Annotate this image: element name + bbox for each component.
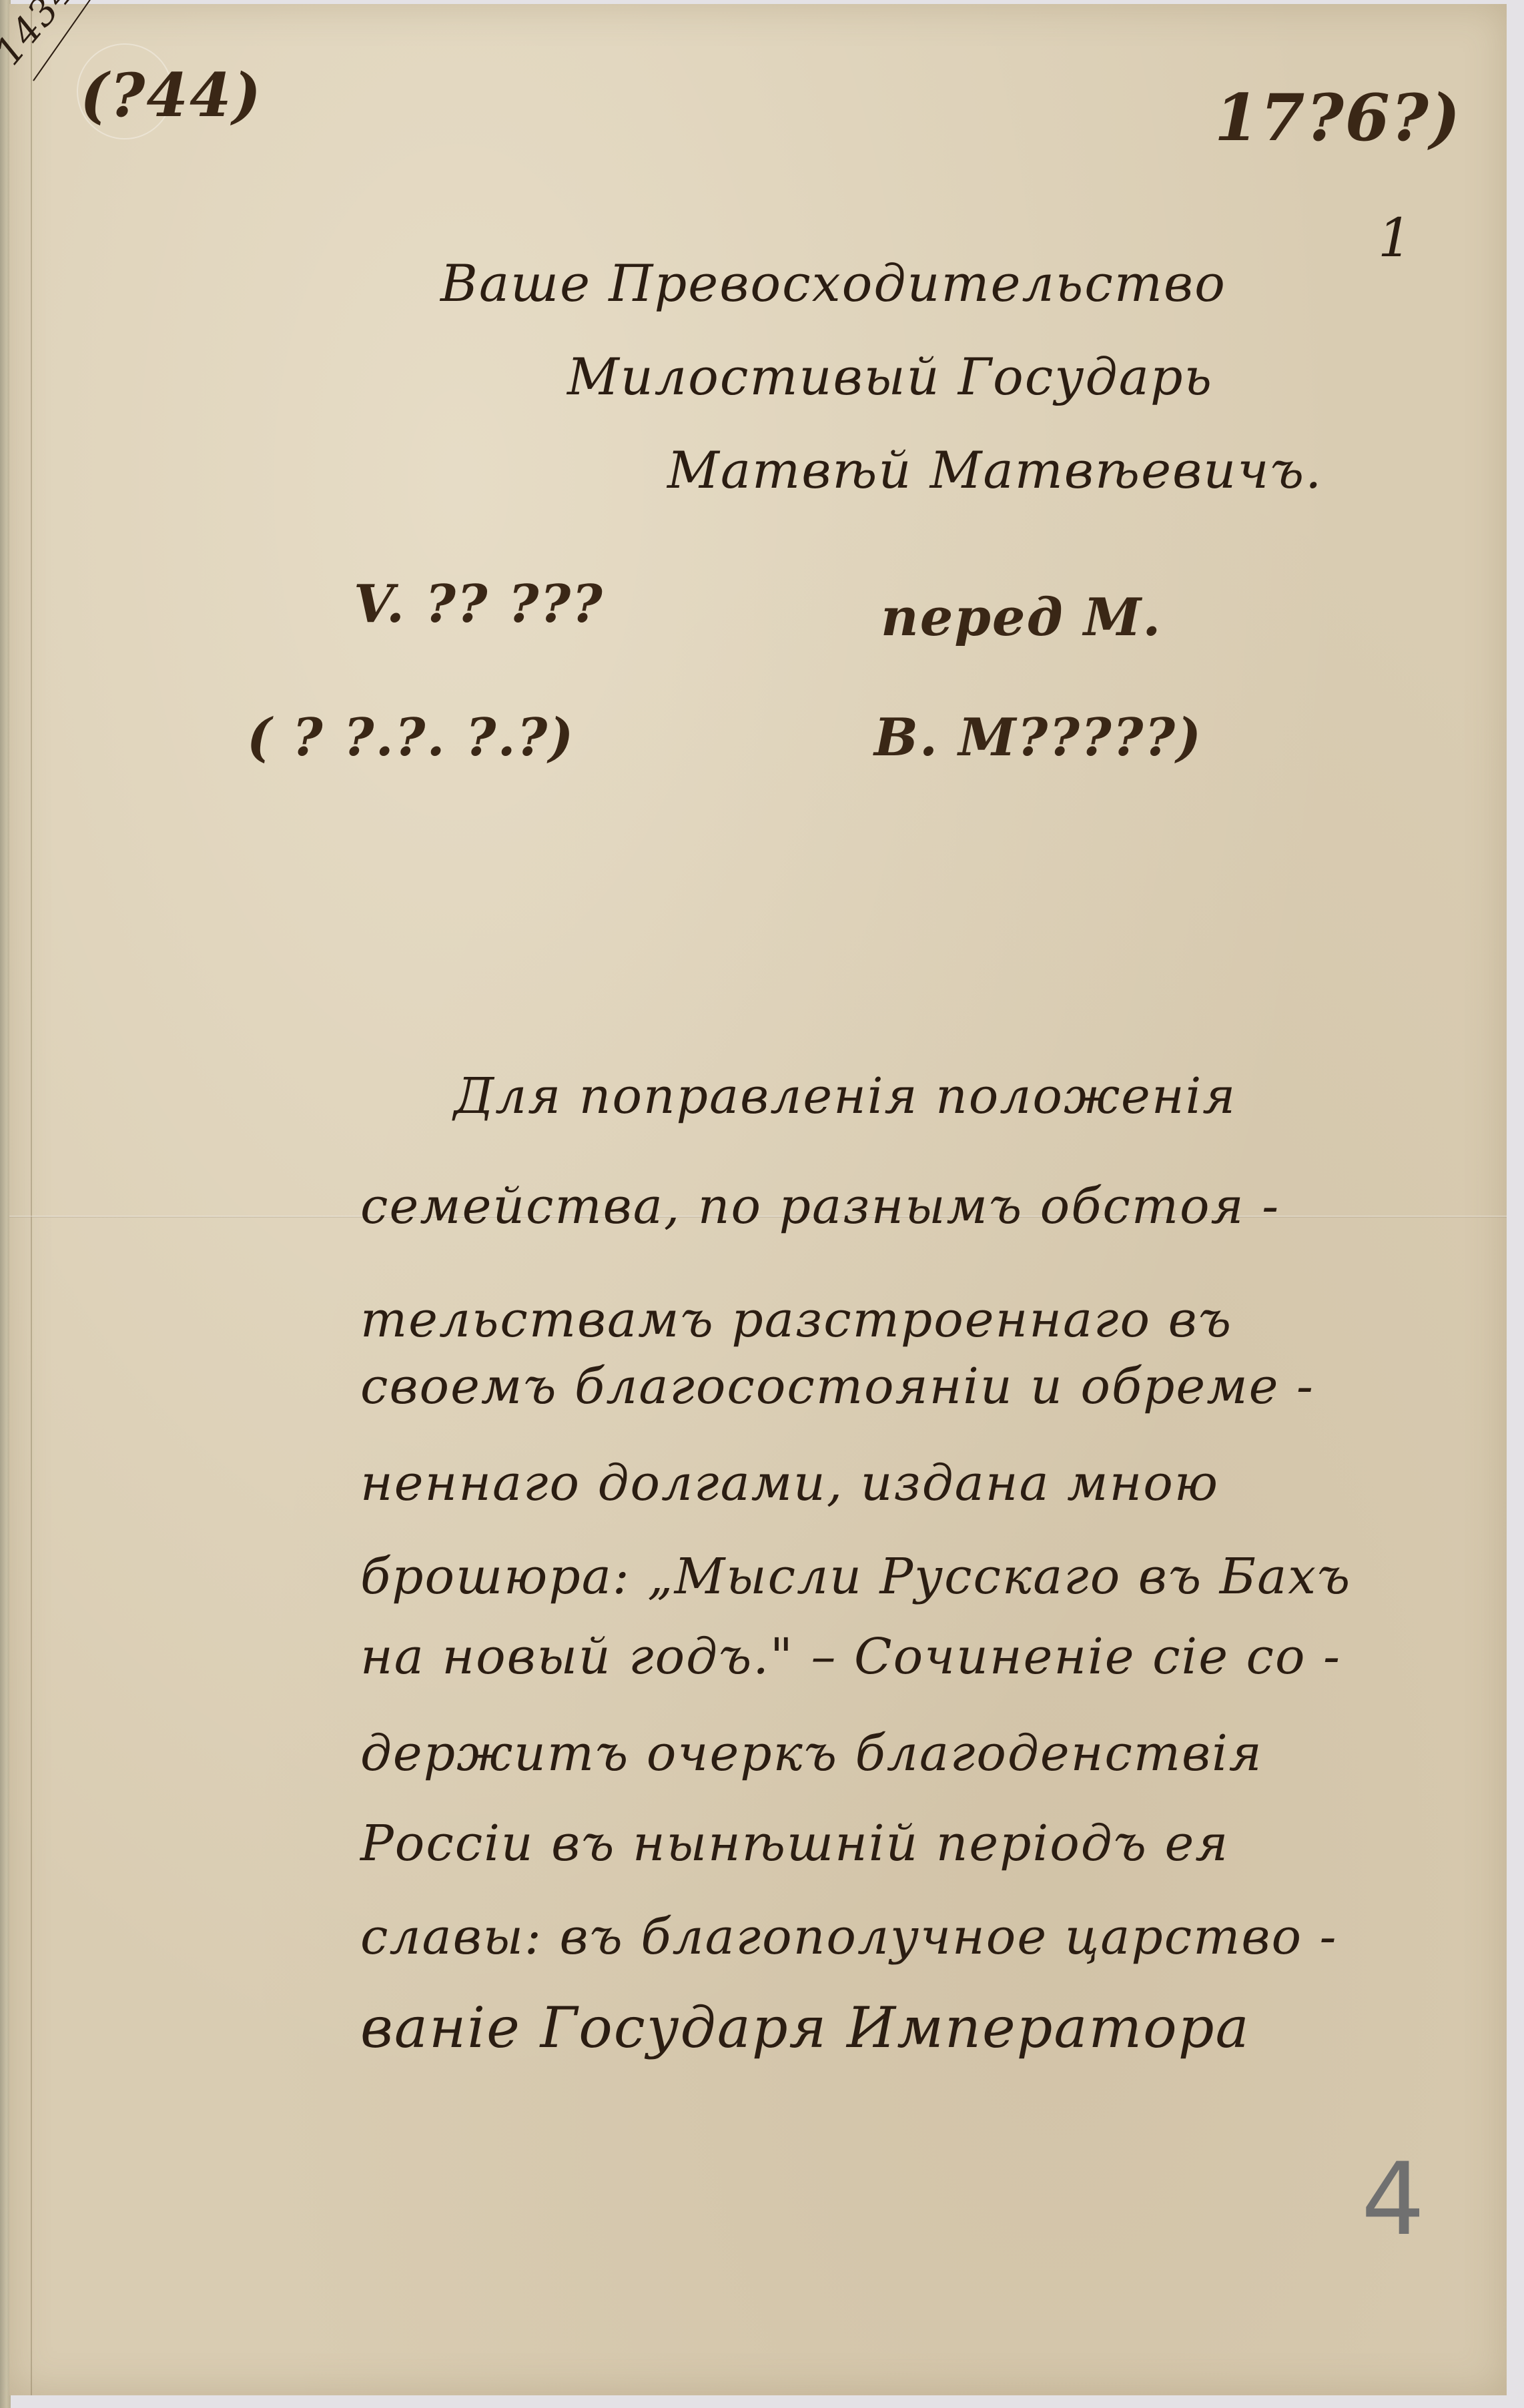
salutation-line-3: Матвѣй Матвѣевичъ.: [667, 440, 1322, 500]
annotation-left-top: V. ?? ???: [354, 574, 604, 635]
salutation-line-1: Ваше Превосходительство: [440, 254, 1226, 313]
body-line: славы: въ благополучное царство -: [360, 1908, 1338, 1966]
body-line: Россіи въ нынѣшній періодъ ея: [360, 1815, 1229, 1872]
body-line: семейства, по разнымъ обстоя -: [360, 1178, 1280, 1235]
annotation-left-bottom: ( ? ?.?. ?.?): [247, 707, 575, 768]
ink-mark-top-left: (?44): [80, 60, 262, 131]
body-line: своемъ благосостояніи и обреме -: [360, 1358, 1314, 1415]
annotation-right-bottom: В. М?????): [874, 707, 1202, 768]
salutation-line-2: Милостивый Государь: [567, 347, 1213, 406]
annotation-right-top: перед М.: [881, 587, 1162, 648]
body-line: брошюра: „Мысли Русскаго въ Бахъ: [360, 1548, 1351, 1605]
margin-crease: [31, 4, 32, 2395]
body-line: держитъ очеркъ благоденствія: [360, 1725, 1263, 1782]
pencil-folio-number: 4: [1361, 2142, 1426, 2258]
body-line: Для поправленія положенія: [454, 1068, 1236, 1125]
body-line: ваніе Государя Императора: [360, 1995, 1250, 2060]
body-line: тельствамъ разстроеннаго въ: [360, 1291, 1232, 1348]
folio-mark-top-right: 1: [1378, 207, 1413, 269]
body-line: неннаго долгами, издана мною: [360, 1455, 1219, 1512]
body-line: на новый годъ." – Сочиненіе сіе со -: [360, 1628, 1341, 1685]
archive-number-top-right: 17?6?): [1214, 80, 1461, 155]
